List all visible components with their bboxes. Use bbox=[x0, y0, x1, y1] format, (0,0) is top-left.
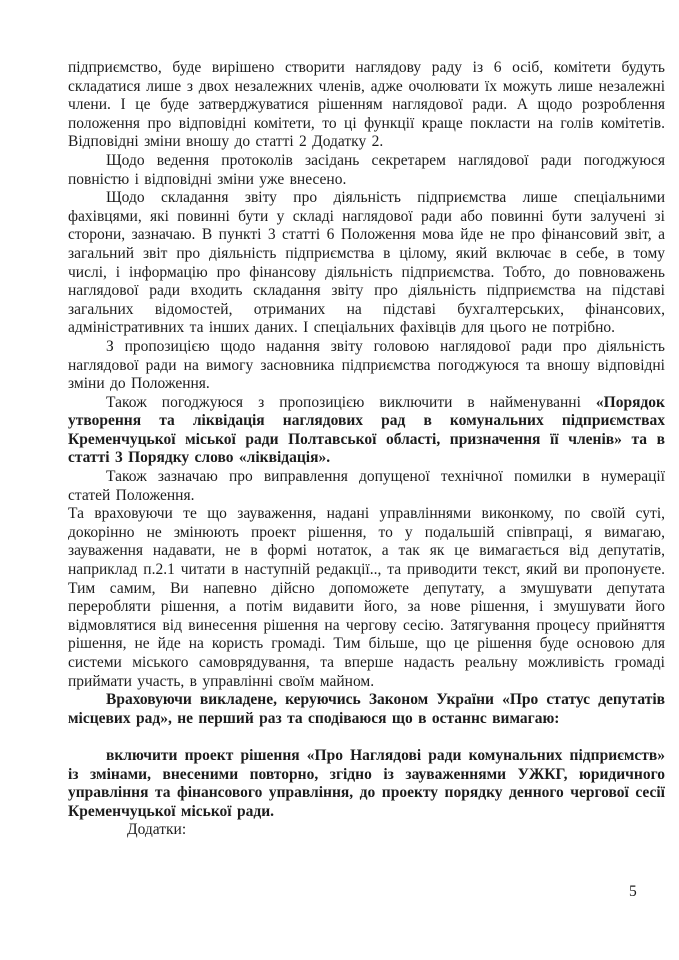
paragraph-proposal: З пропозицією щодо надання звіту головою… bbox=[68, 338, 665, 394]
paragraph-conclusion-bold: Враховуючи викладене, керуючись Законом … bbox=[68, 691, 665, 728]
document-body-text: підприємство, буде вирішено створити наг… bbox=[68, 59, 665, 840]
paragraph-remarks: Та враховуючи те що зауваження, надані у… bbox=[68, 505, 665, 691]
paragraph-report: Щодо складання звіту про діяльність підп… bbox=[68, 189, 665, 338]
paragraph-demand-bold: включити проект рішення «Про Наглядові р… bbox=[68, 747, 665, 821]
paragraph-protocols: Щодо ведення протоколів засідань секрета… bbox=[68, 152, 665, 189]
document-page: підприємство, буде вирішено створити наг… bbox=[0, 0, 679, 960]
paragraph-exclusion-normal-text: Також погоджуюся з пропозицією виключити… bbox=[106, 394, 596, 411]
page-number: 5 bbox=[629, 883, 637, 902]
attachments-label: Додатки: bbox=[68, 821, 665, 840]
paragraph-technical-error: Також зазначаю про виправлення допущеної… bbox=[68, 468, 665, 505]
paragraph-exclusion: Також погоджуюся з пропозицією виключити… bbox=[68, 394, 665, 468]
paragraph-continuation: підприємство, буде вирішено створити наг… bbox=[68, 59, 665, 152]
